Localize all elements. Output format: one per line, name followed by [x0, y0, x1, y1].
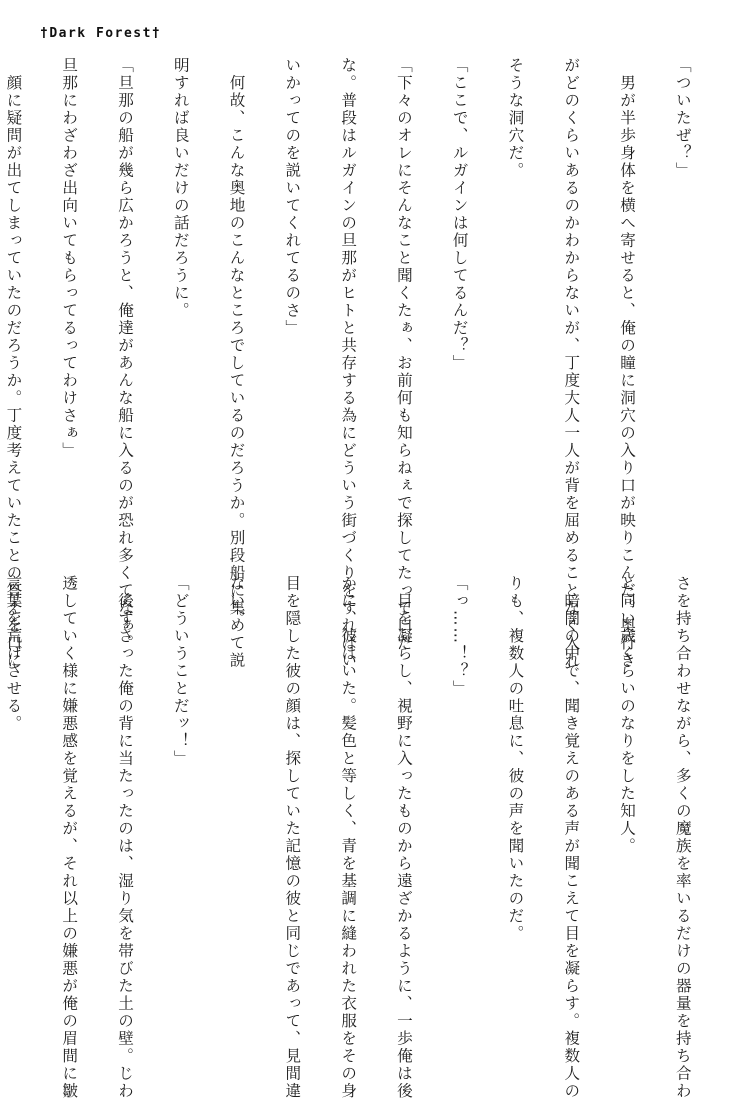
text-line: な。普段はルガインの旦那がヒトと共存する為にどういう街づくりをすればい [339, 57, 358, 527]
text-line: ない。 [227, 575, 246, 1045]
text-line: いかってのを説いてくれてるのさ」 [283, 57, 302, 527]
text-line: と同い歳くらいのなりをした知人。 [617, 575, 636, 1045]
text-line: 暗闇の中で、聞き覚えのある声が聞こえて目を凝らす。複数人の声と言うよ [562, 575, 581, 1045]
text-line: 透していく様に嫌悪感を覚えるが、それ以上の嫌悪が俺の眉間に皺を寄せさせ、 [60, 575, 79, 1045]
page-header-title: †Dark Forest† [40, 26, 161, 41]
text-block-top: 「ついたぜ？」 男が半歩身体を横へ寄せると、俺の瞳に洞穴の入り口が映りこんだ。奥… [24, 57, 729, 527]
text-line: 「っ……！？」 [450, 575, 469, 1045]
text-line: 目を隠した彼の顔は、探していた記憶の彼と同じであって、見間違えるわけが [283, 575, 302, 1045]
text-line: 後ずさった俺の背に当たったのは、湿り気を帯びた土の壁。じわりと服に浸 [115, 575, 134, 1045]
text-line: 顔に疑問が出てしまっていたのだろうか。丁度考えていたことの答えを口に [4, 57, 23, 527]
text-line: 「旦那の船が幾ら広かろうと、俺達があんな船に入るのが恐れ多くてなぁ。 [115, 57, 134, 527]
text-line: 男が半歩身体を横へ寄せると、俺の瞳に洞穴の入り口が映りこんだ。奥行き [617, 57, 636, 527]
text-line: かに、彼はいた。髪色と等しく、青を基調に縫われた衣服をその身に纏い、左 [339, 575, 358, 1045]
text-line: 「どういうことだッ！」 [171, 575, 190, 1045]
text-line: 旦那にわざわざ出向いてもらってるってわけさぁ」 [60, 57, 79, 527]
text-line: 「ついたぜ？」 [673, 57, 692, 527]
text-line: 目を凝らし、視野に入ったものから遠ざかるように、一歩俺は後ずさる。確 [394, 575, 413, 1045]
text-line: 「ここで、ルガインは何してるんだ？」 [450, 57, 469, 527]
text-line: 何故、こんな奥地のこんなところでしているのだろうか。別段船に集めて説 [227, 57, 246, 527]
text-line: 「下々のオレにそんなこと聞くたぁ、お前何も知らねぇで探してたって口だ [394, 57, 413, 527]
text-line: 明すれば良いだけの話だろうに。 [171, 57, 190, 527]
text-block-bottom: さを持ち合わせながら、多くの魔族を率いるだけの器量を持ち合わせた、自分 と同い歳… [24, 575, 729, 1045]
text-line: がどのくらいあるのかわからないが、丁度大人一人が背を屈めることなく入れ [562, 57, 581, 527]
text-line: さを持ち合わせながら、多くの魔族を率いるだけの器量を持ち合わせた、自分 [673, 575, 692, 1045]
text-line: りも、複数人の吐息に、彼の声を聞いたのだ。 [506, 575, 525, 1045]
text-line: そうな洞穴だ。 [506, 57, 525, 527]
text-line: 言葉を荒げさせる。 [4, 575, 23, 1045]
